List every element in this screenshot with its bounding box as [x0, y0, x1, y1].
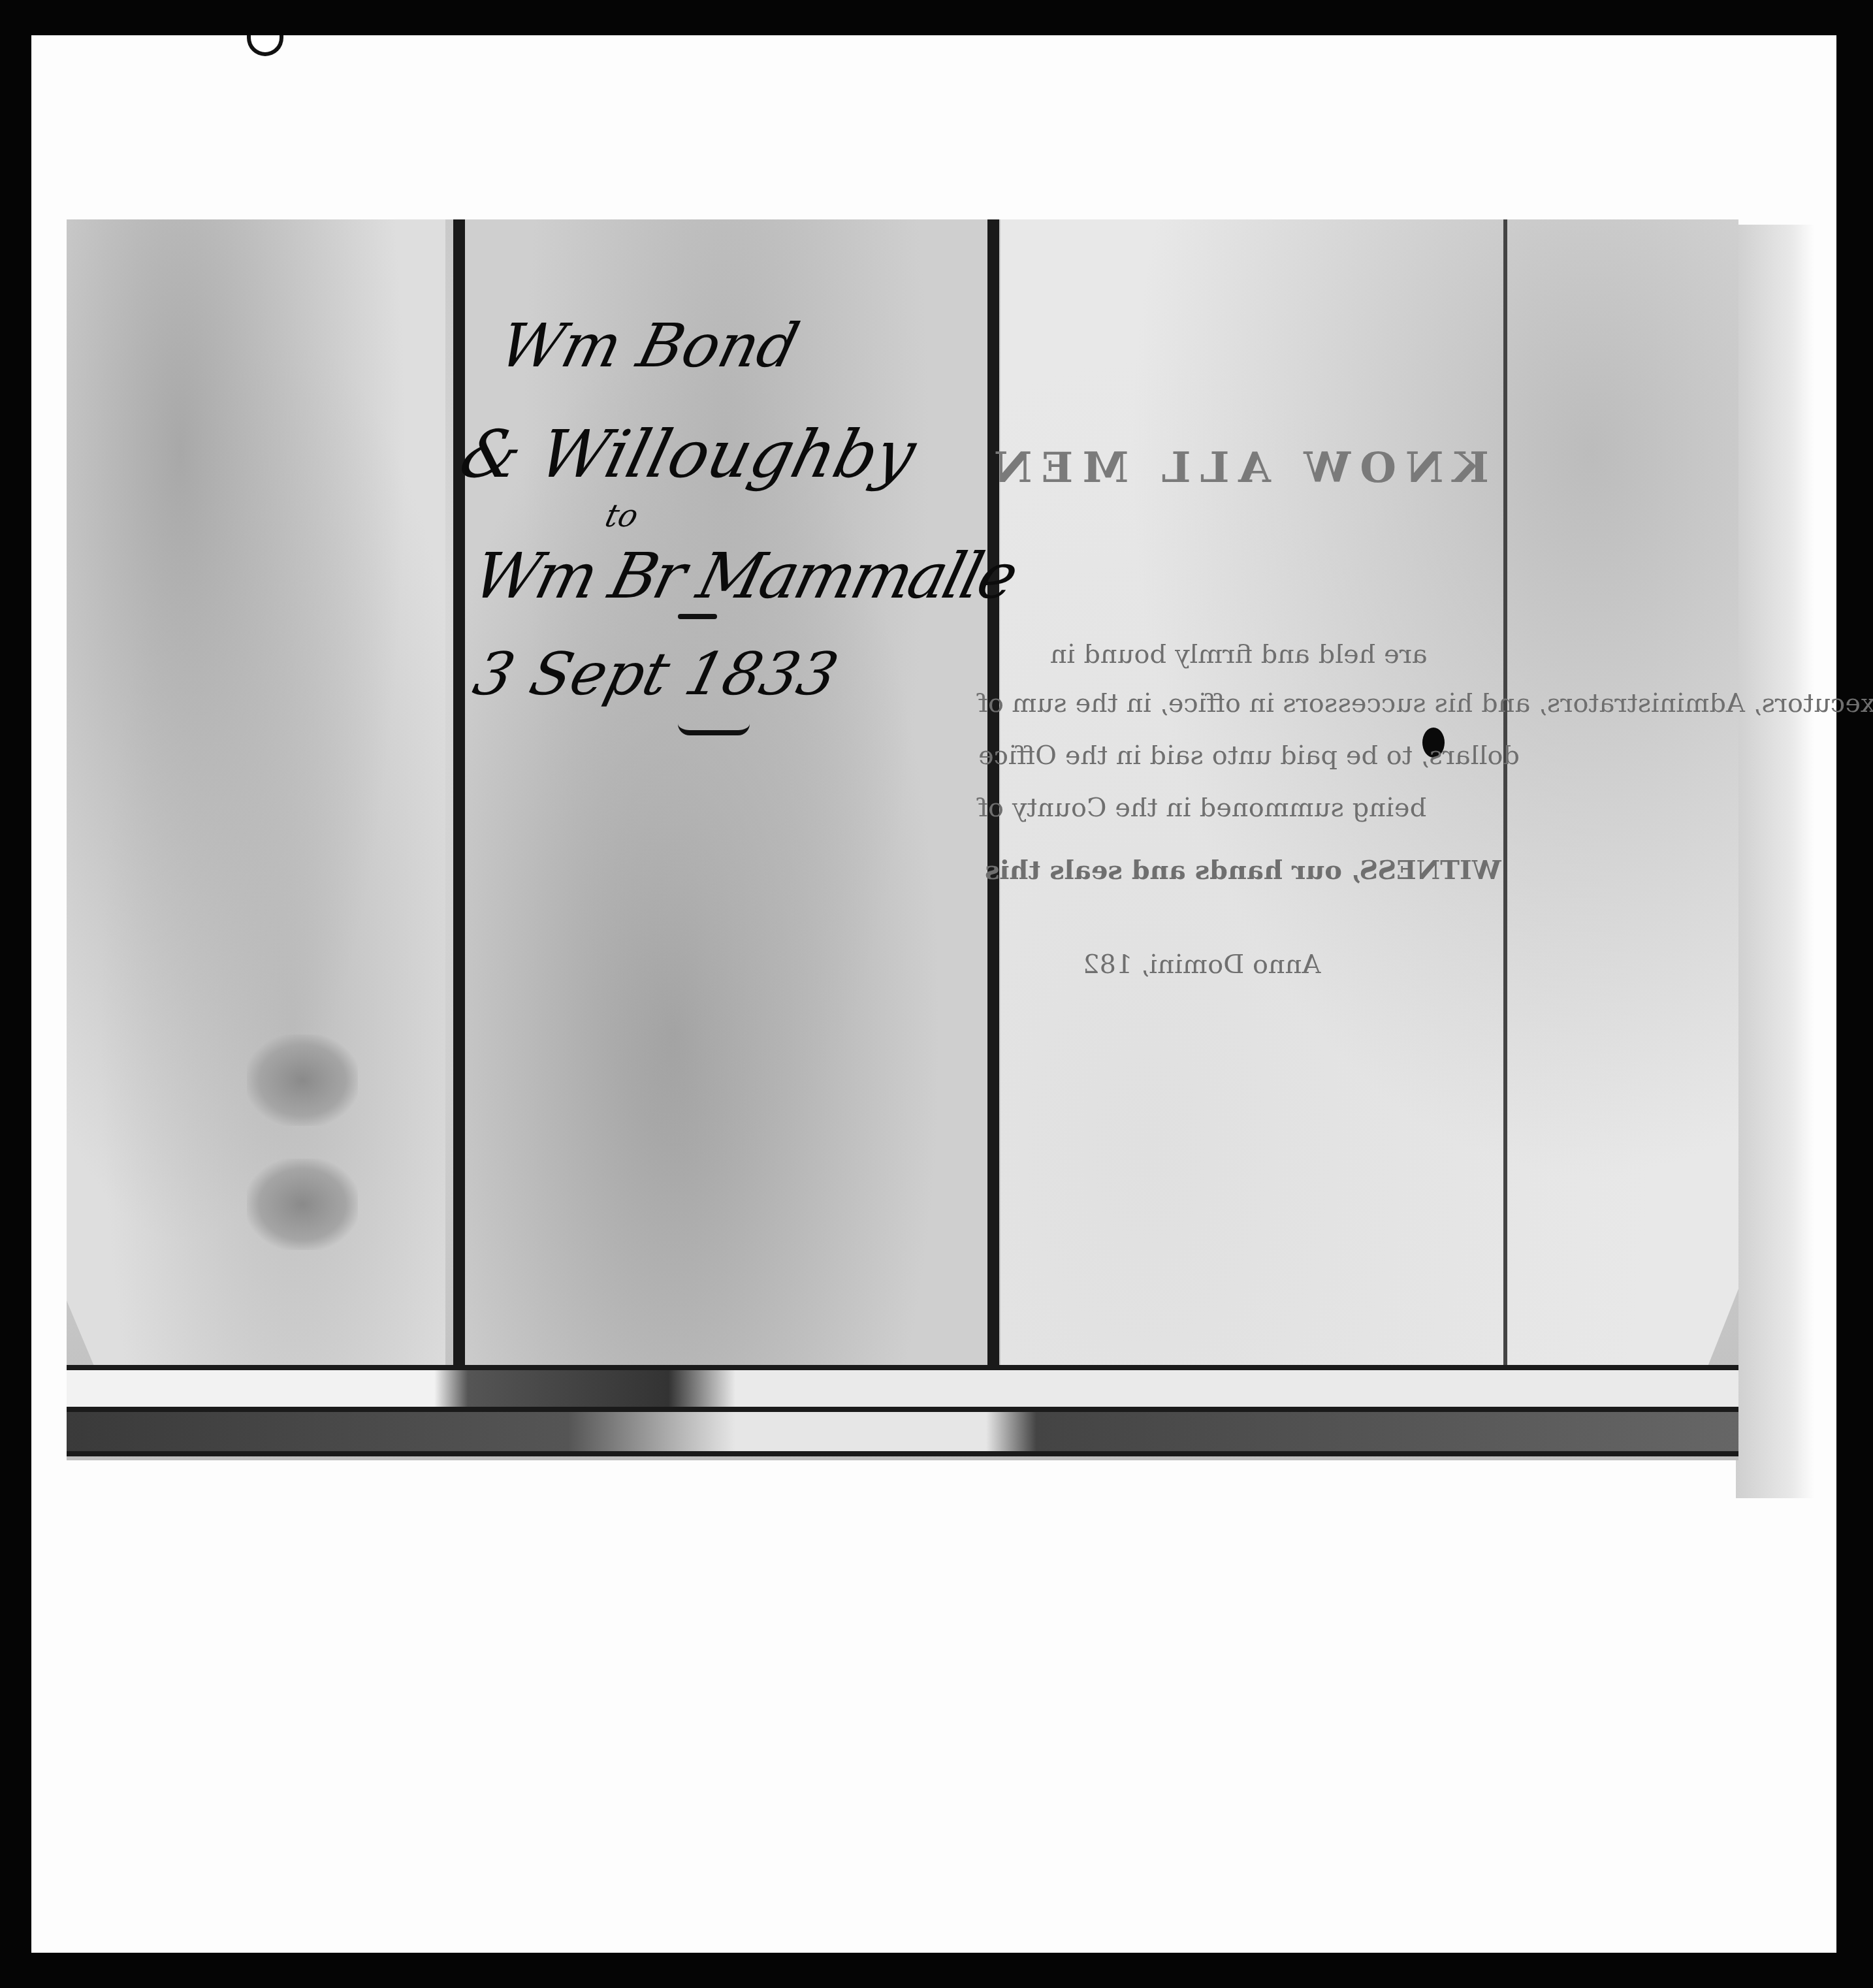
fold-crease	[1503, 219, 1507, 1382]
bleed-through-line: WITNESS, our hands and seals this	[985, 855, 1501, 886]
docket-flourish	[678, 724, 750, 735]
faded-seal	[247, 1159, 358, 1250]
bleed-through-line: Executors, Administrators, and his succe…	[978, 688, 1873, 718]
handwritten-docket: Wm Bond & Willoughby to Wm Br Mammalle 3…	[462, 316, 946, 735]
faded-seal	[247, 1034, 358, 1126]
docket-party-2: & Willoughby	[455, 422, 954, 487]
bleed-through-line: Anno Domini, 182	[1083, 950, 1321, 980]
underlying-page-strip	[67, 1407, 1738, 1456]
bleed-through-line: dollars, to be paid unto said in the Off…	[978, 741, 1520, 771]
bleed-through-heading: KNOW ALL MEN	[985, 443, 1489, 492]
bleed-through-line: are held and firmly bound in	[1050, 639, 1428, 669]
bleed-through-line: being summoned in the County of	[978, 793, 1426, 823]
page-edge-shadow	[1736, 225, 1814, 1498]
docket-dash	[678, 614, 717, 619]
docket-party-1: Wm Bond	[494, 316, 953, 376]
film-notch	[247, 35, 283, 56]
docket-date: 3 Sept 1833	[468, 645, 953, 704]
docket-to: to	[602, 500, 950, 532]
microfilm-frame: KNOW ALL MEN are held and firmly bound i…	[31, 35, 1836, 1953]
docket-obligee: Wm Br Mammalle	[468, 545, 953, 607]
